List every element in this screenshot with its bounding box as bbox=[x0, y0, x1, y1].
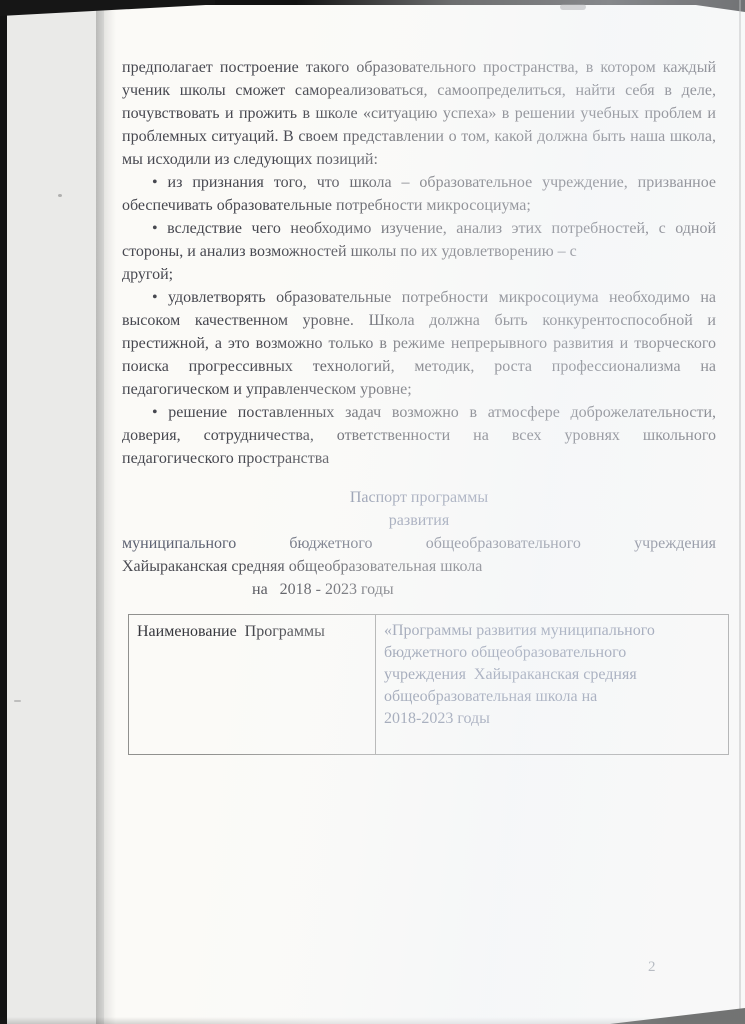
bullet-item-1: • из признания того, что школа – образов… bbox=[122, 171, 716, 217]
paragraph-intro: предполагает построение такого образоват… bbox=[122, 56, 716, 171]
heading-passport-line5: на 2018 - 2023 годы bbox=[122, 578, 716, 601]
scan-artifact-top-right-wedge bbox=[685, 0, 745, 12]
scan-artifact-left-edge bbox=[0, 0, 7, 1024]
bullet-item-4: • решение поставленных задач возможно в … bbox=[122, 401, 716, 470]
page-number: 2 bbox=[648, 959, 656, 976]
scan-artifact-page-crease bbox=[96, 0, 116, 1024]
scan-artifact-right-edge bbox=[739, 0, 741, 1024]
scan-artifact-top-smudge bbox=[560, 4, 586, 10]
passport-table: Наименование Программы «Программы развит… bbox=[128, 614, 729, 755]
bullet-item-3: • удовлетворять образовательные потребно… bbox=[122, 286, 716, 401]
scan-artifact-speck bbox=[58, 194, 62, 197]
heading-passport-line3: муниципального бюджетного общеобразовате… bbox=[122, 532, 716, 555]
table-cell-program-name-value: «Программы развития муниципального бюдже… bbox=[375, 615, 728, 754]
heading-passport-line1: Паспорт программы bbox=[122, 486, 716, 509]
heading-passport-line4: Хайыраканская средняя общеобразовательна… bbox=[122, 555, 716, 578]
bullet-item-2: • вследствие чего необходимо изучение, а… bbox=[122, 217, 716, 286]
scan-artifact-behind-page bbox=[0, 0, 104, 1024]
scan-artifact-speck bbox=[14, 700, 21, 702]
heading-passport-line2: развития bbox=[122, 509, 716, 532]
document-body: предполагает построение такого образоват… bbox=[122, 56, 716, 755]
table-cell-program-name-label: Наименование Программы bbox=[129, 615, 375, 754]
scan-artifact-bottom-shadow bbox=[0, 1017, 745, 1024]
scanned-document-page: предполагает построение такого образоват… bbox=[0, 0, 745, 1024]
